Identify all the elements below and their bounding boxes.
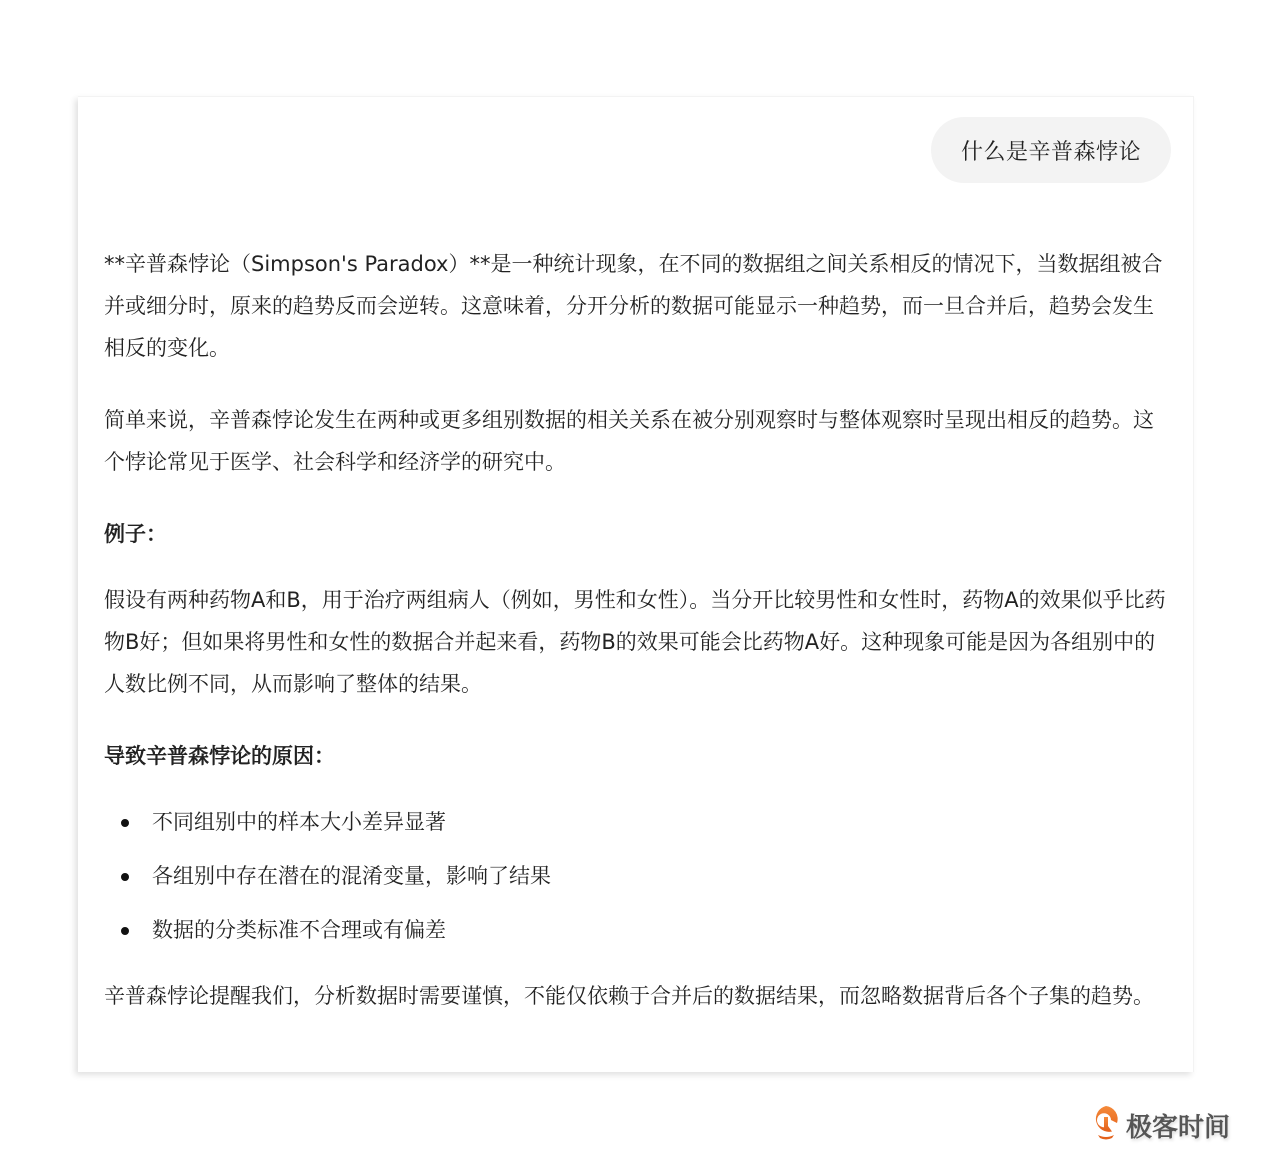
answer-summary: 简单来说，辛普森悖论发生在两种或更多组别数据的相关关系在被分别观察时与整体观察时… (104, 399, 1174, 483)
assistant-answer: **辛普森悖论（Simpson's Paradox）**是一种统计现象，在不同的… (104, 243, 1174, 1047)
chat-card: 什么是辛普森悖论 **辛普森悖论（Simpson's Paradox）**是一种… (78, 96, 1194, 1072)
geektime-logo-icon (1090, 1104, 1122, 1146)
example-text: 假设有两种药物A和B，用于治疗两组病人（例如，男性和女性）。当分开比较男性和女性… (104, 579, 1174, 705)
user-message-text: 什么是辛普森悖论 (961, 135, 1141, 166)
bullet-icon (121, 819, 129, 827)
user-message-bubble: 什么是辛普森悖论 (931, 117, 1171, 183)
watermark-text: 极客时间 (1126, 1107, 1230, 1144)
cause-item: 不同组别中的样本大小差异显著 (152, 801, 1174, 843)
causes-heading: 导致辛普森悖论的原因： (104, 735, 1174, 777)
bullet-icon (121, 927, 129, 935)
answer-conclusion: 辛普森悖论提醒我们，分析数据时需要谨慎，不能仅依赖于合并后的数据结果，而忽略数据… (104, 975, 1174, 1017)
cause-item: 数据的分类标准不合理或有偏差 (152, 909, 1174, 951)
geektime-watermark: 极客时间 (1090, 1104, 1230, 1146)
cause-item: 各组别中存在潜在的混淆变量，影响了结果 (152, 855, 1174, 897)
cause-text: 各组别中存在潜在的混淆变量，影响了结果 (152, 864, 551, 888)
causes-list: 不同组别中的样本大小差异显著 各组别中存在潜在的混淆变量，影响了结果 数据的分类… (104, 801, 1174, 951)
example-heading: 例子： (104, 513, 1174, 555)
answer-intro: **辛普森悖论（Simpson's Paradox）**是一种统计现象，在不同的… (104, 243, 1174, 369)
cause-text: 数据的分类标准不合理或有偏差 (152, 918, 446, 942)
cause-text: 不同组别中的样本大小差异显著 (152, 810, 446, 834)
bullet-icon (121, 873, 129, 881)
